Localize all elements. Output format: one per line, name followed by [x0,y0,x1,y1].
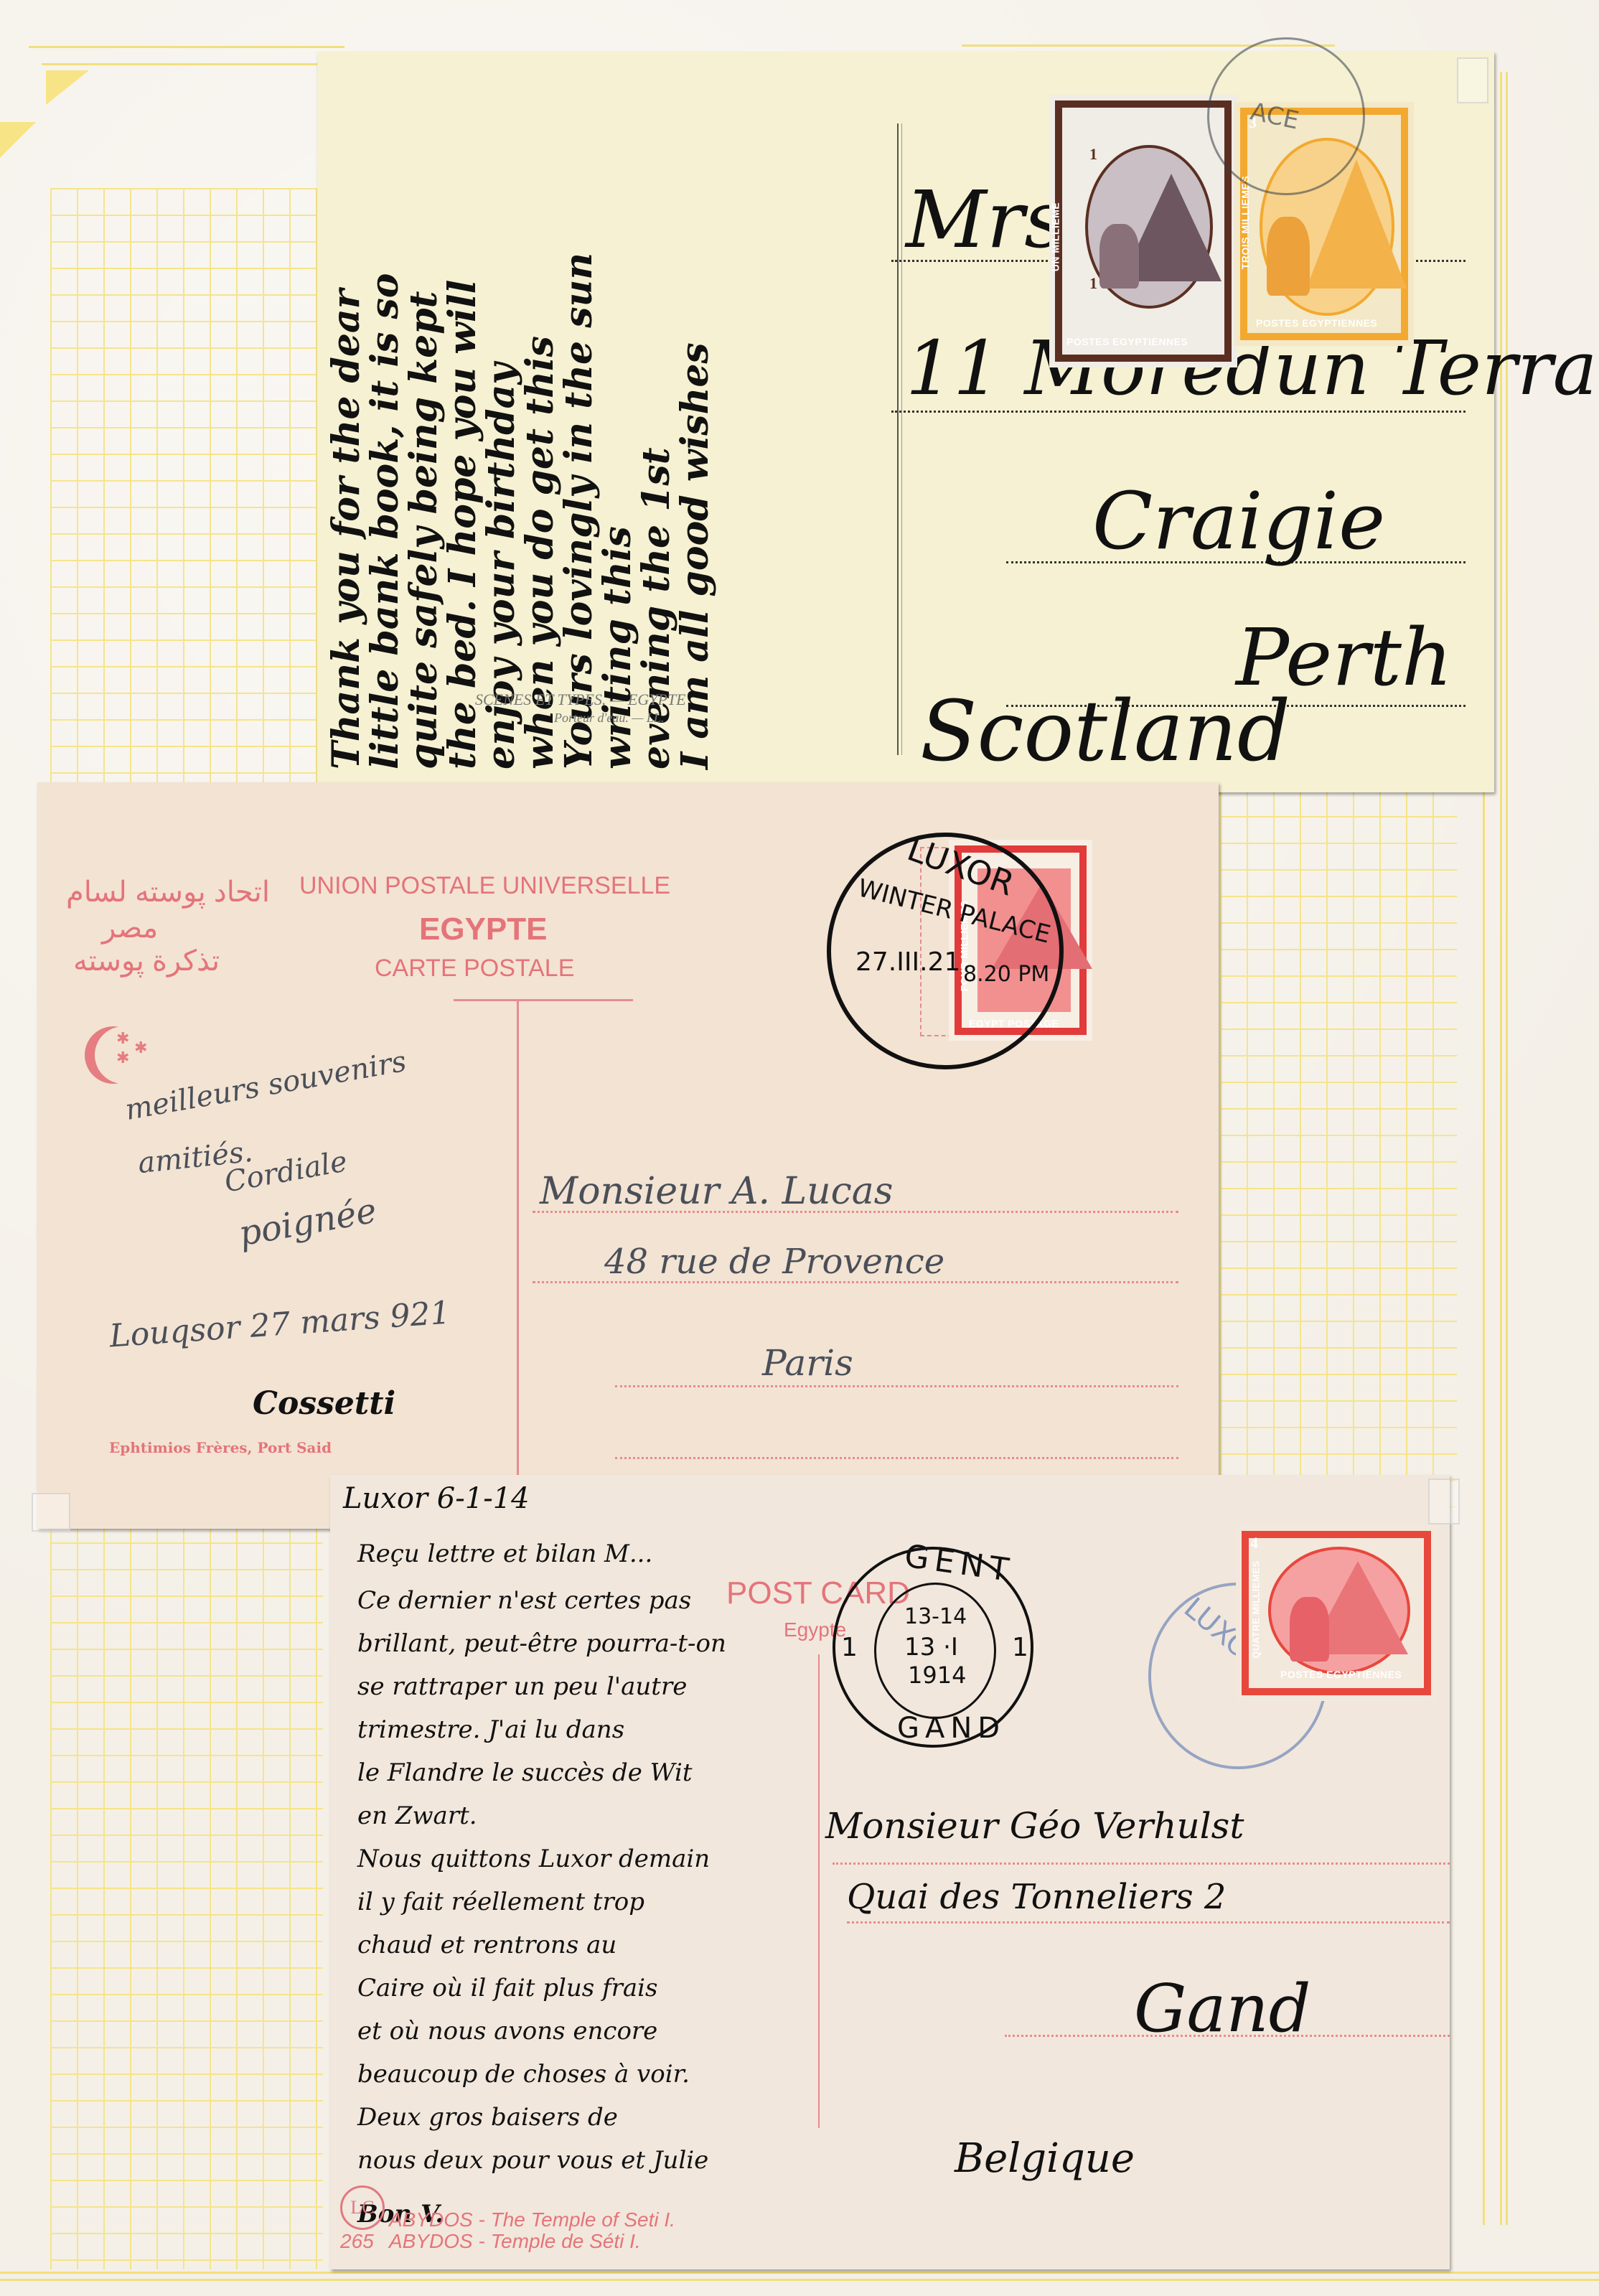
postcard-lucas: اتحاد پوسته لسام مصر تذكرة پوسته UNION P… [37,782,1219,1529]
card-divider [517,1001,519,1518]
message-line: Ce dernier n'est certes pas [357,1586,691,1615]
address-street: 48 rue de Provence [604,1242,944,1282]
message-line: writing this [596,526,639,769]
album-frame-inner [42,63,343,66]
postcard-message: Thank you for the dearlittle bank book, … [324,80,726,784]
address-city: Paris [762,1342,853,1384]
arabic-header-1: اتحاد پوسته لسام [66,876,270,909]
photo-corner [32,1493,70,1532]
message-line: Reçu lettre et bilan M... [357,1540,652,1568]
stamp-quatre-milliemes: POSTES EGYPTIENNES QUATRE MILLIEMES 4 [1236,1525,1437,1701]
address-street: Quai des Tonneliers 2 [847,1877,1226,1917]
star-icon: ✱ [134,1039,147,1057]
message-line: et où nous avons encore [357,2017,657,2046]
address-recipient: Monsieur A. Lucas [540,1170,893,1213]
address-line [615,1457,1178,1459]
message-line: le Flandre le succès de Wit [357,1758,693,1787]
album-frame-triangle [0,122,36,158]
message-line: Thank you for the dear [324,289,368,769]
printed-caption: ABYDOS - The Temple of Seti I. [389,2208,675,2231]
card-number: 265 [340,2230,374,2253]
card-divider [818,1654,820,2128]
arabic-header-3: تذكرة پوسته [73,945,220,978]
postcard-verhulst: POST CARD Egypte Luxor 6-1-14Reçu lettre… [330,1475,1450,2269]
star-icon: ✱ [116,1049,129,1067]
postmark-time: 8.20 PM [963,962,1049,987]
address-country: Scotland [920,683,1290,780]
postmark-bottom: GAND [897,1712,1005,1745]
address-town: Craigie [1092,475,1385,567]
postmark-side-left: 1 [841,1633,858,1662]
printed-caption: SCENES ET TYPES. — EGYPTE [475,690,686,709]
album-frame-bottom [0,2279,1599,2281]
message-line: poignée [236,1191,380,1255]
message-line: il y fait réellement trop [357,1888,644,1916]
postmark-side-right: 1 [1012,1633,1028,1662]
photo-corner [1428,1479,1460,1524]
album-grid-right [1220,789,1457,1507]
signature: Cossetti [253,1385,395,1422]
country-header: EGYPTE [419,912,548,947]
message-line: en Zwart. [357,1801,477,1830]
header-rule [454,999,633,1001]
message-line: quite safely being kept [402,291,446,769]
message-line: meilleurs souvenirs [123,1045,409,1127]
address-line [847,1921,1450,1924]
message-line: nous deux pour vous et Julie [357,2146,708,2175]
message-line: little bank book, it is so [363,273,407,769]
address-city: Gand [1134,1970,1311,2047]
printed-caption-sub: Porteur d'eau. — LL. [554,711,664,726]
card-type-header: CARTE POSTALE [375,955,574,983]
address-line [615,1385,1178,1387]
album-frame-outer [29,46,344,49]
upu-header: UNION POSTALE UNIVERSELLE [299,872,670,900]
message-line: Caire où il fait plus frais [357,1974,658,2002]
album-frame-triangle [46,70,89,105]
message-line: Deux gros baisers de [357,2103,618,2132]
album-frame-bottom [0,2272,1599,2274]
message-line: trimestre. J'ai lu dans [357,1715,624,1744]
photo-corner [1457,57,1488,103]
message-line: Nous quittons Luxor demain [357,1845,710,1873]
postcard-ritchie: Thank you for the dearlittle bank book, … [317,52,1494,792]
postmark-hours: 13-14 [904,1604,967,1629]
postmark-date: 13 ·I [904,1633,958,1662]
message-line: Luxor 6-1-14 [343,1482,530,1515]
publisher-logo: LC [340,2185,385,2230]
printed-caption-fr: ABYDOS - Temple de Séti I. [389,2230,641,2253]
message-line: se rattraper un peu l'autre [357,1672,687,1701]
postmark-date: 27.III.21 [855,947,960,977]
message-line: Louqsor 27 mars 921 [108,1294,451,1354]
address-country: Belgique [955,2135,1135,2182]
message-line: chaud et rentrons au [357,1931,616,1959]
publisher-imprint: Ephtimios Frères, Port Said [109,1439,332,1456]
card-divider [901,123,902,755]
arabic-header-2: مصر [102,912,158,945]
message-line: brillant, peut-être pourra-t-on [357,1629,726,1658]
address-recipient: Monsieur Géo Verhulst [825,1805,1244,1847]
message-line: beaucoup de choses à voir. [357,2060,690,2089]
card-divider [897,123,899,755]
postmark-year: 1914 [908,1662,966,1689]
star-icon: ✱ [116,1030,129,1048]
address-line [833,1862,1450,1865]
